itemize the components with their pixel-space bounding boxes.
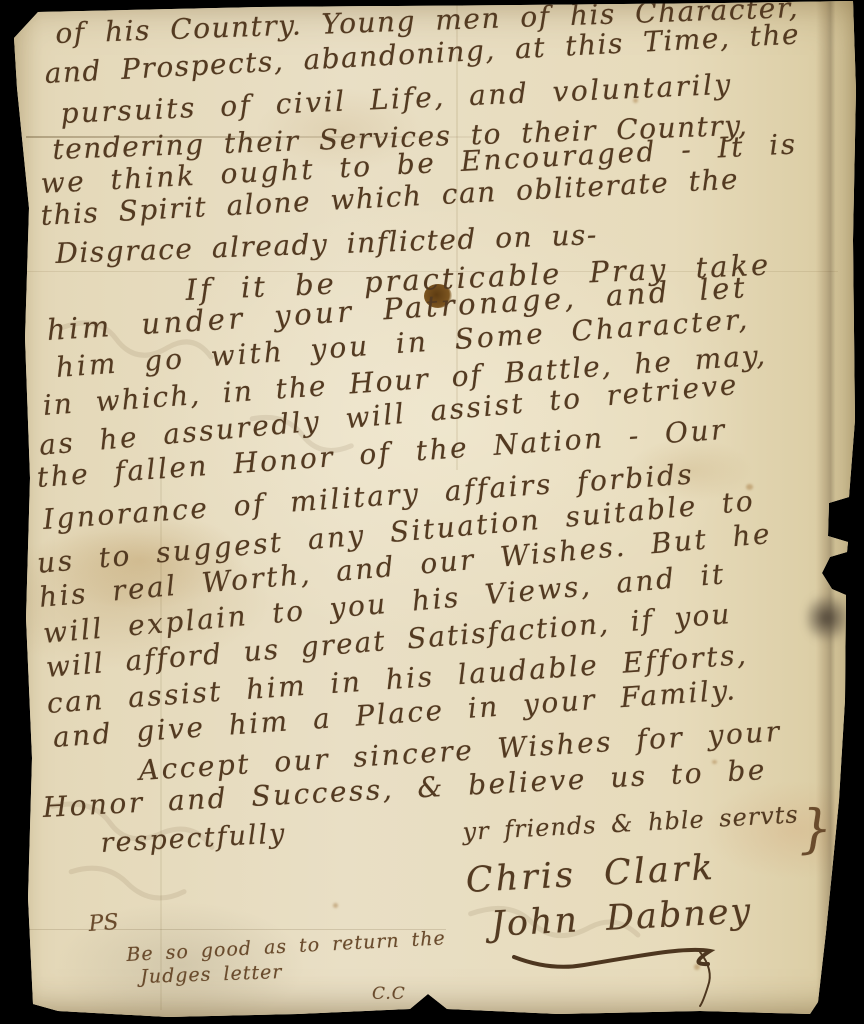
postscript-line: Judges letter — [140, 963, 283, 987]
signature-john-dabney: John Dabney — [490, 894, 753, 943]
closing-friends-servants: yr friends & hble servts — [462, 802, 799, 844]
letter-scan: of his Country. Young men of his Charact… — [0, 0, 864, 1024]
postscript-line: Be so good as to return the — [126, 929, 446, 965]
right-fold-shading — [816, 0, 842, 1024]
paper-sheet: of his Country. Young men of his Charact… — [0, 0, 864, 1024]
edge-smudge — [806, 590, 848, 646]
foxing-spot — [694, 964, 700, 970]
foxing-spot — [333, 903, 338, 908]
closing-respectfully: respectfully — [100, 820, 287, 857]
postscript-initials: C.C — [372, 986, 406, 1003]
postscript-label: PS — [88, 912, 119, 936]
signature-chris-clark: Chris Clark — [465, 851, 717, 899]
closing-brace: } — [798, 803, 833, 856]
